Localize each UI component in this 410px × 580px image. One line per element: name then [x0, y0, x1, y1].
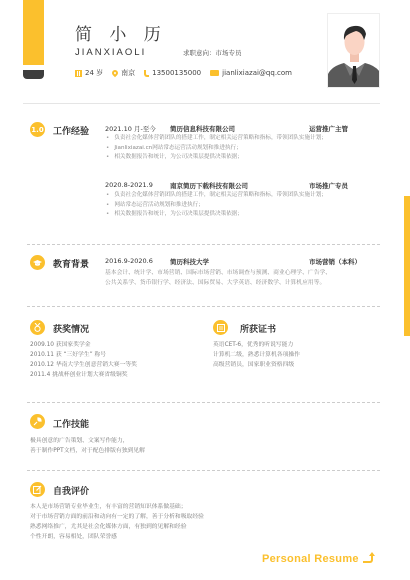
awards-list: 2009.10 获国家奖学金 2010.11 获 “三好学生” 称号 2010.…: [30, 340, 137, 380]
education-head: 2016.9-2020.6 简历科技大学 市场营销（本科）: [105, 257, 361, 266]
section-divider: [27, 306, 380, 307]
work-2-bullet: 相关数据报告和统计，为公司决策层提供决策依据；: [106, 210, 327, 220]
section-divider: [27, 244, 380, 245]
section-title-skills: 工作技能: [53, 417, 89, 430]
section-title-awards: 获奖情况: [53, 322, 89, 335]
skill-item: 善于制作PPT文档，对于配色排版有独到见解: [30, 446, 145, 456]
award-item: 2011.4 挑战杯创业计划大赛省级铜奖: [30, 370, 137, 380]
skills-list: 极具创意的广告策划、文案写作能力， 善于制作PPT文档，对于配色排版有独到见解: [30, 436, 145, 456]
briefcase-icon: 1.0: [30, 122, 45, 137]
avatar-photo: [327, 13, 380, 88]
self-evaluation-list: 本人是市场营销专业毕业生，有丰富的营销知识体系做基础； 对于市场营销方面的前沿和…: [30, 502, 204, 542]
work-2-bullet: 网站常态运营活动规划和推进执行；: [106, 201, 327, 211]
section-title-education: 教育背景: [53, 257, 89, 270]
age-text: 24 岁: [85, 68, 103, 78]
turn-arrow-icon: [363, 555, 373, 563]
certificate-item: 计算机二级，熟悉计算机各项操作: [213, 350, 300, 360]
work-entry-2-head: 2020.8-2021.9 南京简历下载科技有限公司 市场推广专员: [105, 181, 348, 190]
self-eval-item: 个性开朗，容易相处，团队荣誉感: [30, 532, 204, 542]
calendar-icon: [75, 70, 82, 77]
contact-phone: 13500135000: [144, 69, 201, 77]
city-text: 南京: [121, 68, 135, 78]
certificate-icon: [213, 320, 228, 335]
section-divider: [27, 470, 380, 471]
right-accent-bar: [404, 196, 410, 336]
person-avatar-icon: [328, 14, 380, 88]
education-date: 2016.9-2020.6: [105, 257, 170, 266]
contact-city: 南京: [112, 68, 135, 78]
skills-icon: [30, 414, 45, 429]
courses-line: 基本会计、统计学、市场营销、国际市场营销、市场调查与预测、商业心理学、广告学、: [105, 268, 331, 278]
work-2-date: 2020.8-2021.9: [105, 181, 170, 190]
medal-icon: [30, 320, 45, 335]
courses-line: 公共关系学、货币银行学、经济法、国际贸易、大学英语、经济数学、计算机应用等。: [105, 278, 331, 288]
work-entry-1-head: 2021.10 月-至今 简历信息科技有限公司 运营推广主管: [105, 124, 348, 133]
work-2-bullets: 负责社会化媒体营销团队的搭建工作，制定相关运营策略和指标，带领团队实施计划； 网…: [106, 191, 327, 220]
work-1-bullet: Jianlixiazai.cn网站常态运营活动规划和推进执行；: [106, 144, 327, 154]
work-1-bullets: 负责社会化媒体营销团队的搭建工作，制定相关运营策略和指标，带领团队实施计划； J…: [106, 134, 327, 163]
self-eval-item: 本人是市场营销专业毕业生，有丰富的营销知识体系做基础；: [30, 502, 204, 512]
skill-item: 极具创意的广告策划、文案写作能力，: [30, 436, 145, 446]
work-1-date: 2021.10 月-至今: [105, 124, 170, 133]
self-eval-item: 对于市场营销方面的前沿和动向有一定的了解，善于分析和吸取经验: [30, 512, 204, 522]
candidate-pinyin: JIANXIAOLI: [75, 47, 146, 58]
certificate-item: 英语CET-6，优秀的听说写能力: [213, 340, 300, 350]
education-major: 市场营销（本科）: [309, 257, 361, 266]
mail-icon: [210, 70, 219, 76]
edit-icon: [30, 482, 45, 497]
section-divider: [27, 402, 380, 403]
candidate-name: 简 小 历: [75, 20, 167, 45]
certificates-list: 英语CET-6，优秀的听说写能力 计算机二级，熟悉计算机各项操作 高级营销员，国…: [213, 340, 300, 370]
work-1-position: 运营推广主管: [309, 124, 348, 133]
location-pin-icon: [111, 69, 119, 77]
job-objective: 求职意向：市场专员: [183, 48, 242, 57]
section-title-certificates: 所获证书: [240, 322, 276, 335]
education-school: 简历科技大学: [170, 257, 290, 266]
work-2-position: 市场推广专员: [309, 181, 348, 190]
email-text[interactable]: jianlixiazai@qq.com: [222, 69, 292, 77]
contact-email[interactable]: jianlixiazai@qq.com: [210, 69, 292, 77]
work-2-company: 南京简历下载科技有限公司: [170, 181, 290, 190]
section-title-work: 工作经验: [53, 124, 89, 137]
phone-text: 13500135000: [152, 69, 201, 77]
work-2-bullet: 负责社会化媒体营销团队的搭建工作，制定相关运营策略和指标，带领团队实施计划；: [106, 191, 327, 201]
self-eval-item: 熟悉网络推广，尤其是社会化媒体方面，有独到的见解和经验: [30, 522, 204, 532]
section-title-self-evaluation: 自我评价: [53, 484, 89, 497]
award-item: 2010.12 华南大学生创意营销大赛一等奖: [30, 360, 137, 370]
work-1-bullet: 负责社会化媒体营销团队的搭建工作，制定相关运营策略和指标，带领团队实施计划；: [106, 134, 327, 144]
certificate-item: 高级营销员，国家职业资格四级: [213, 360, 300, 370]
footer-label: Personal Resume: [262, 553, 359, 565]
graduation-cap-icon: [30, 255, 45, 270]
education-courses: 基本会计、统计学、市场营销、国际市场营销、市场调查与预测、商业心理学、广告学、 …: [105, 268, 331, 288]
award-item: 2010.11 获 “三好学生” 称号: [30, 350, 137, 360]
award-item: 2009.10 获国家奖学金: [30, 340, 137, 350]
work-1-company: 简历信息科技有限公司: [170, 124, 290, 133]
personal-resume-footer: Personal Resume: [262, 553, 373, 565]
contact-info: 24 岁 南京 13500135000 jianlixiazai@qq.com: [75, 68, 292, 78]
work-1-bullet: 相关数据报告和统计，为公司决策层提供决策依据；: [106, 153, 327, 163]
contact-age: 24 岁: [75, 68, 103, 78]
header-divider: [23, 103, 380, 104]
left-accent-bar: [23, 0, 44, 65]
left-accent-cap: [23, 70, 44, 79]
phone-icon: [144, 70, 149, 77]
